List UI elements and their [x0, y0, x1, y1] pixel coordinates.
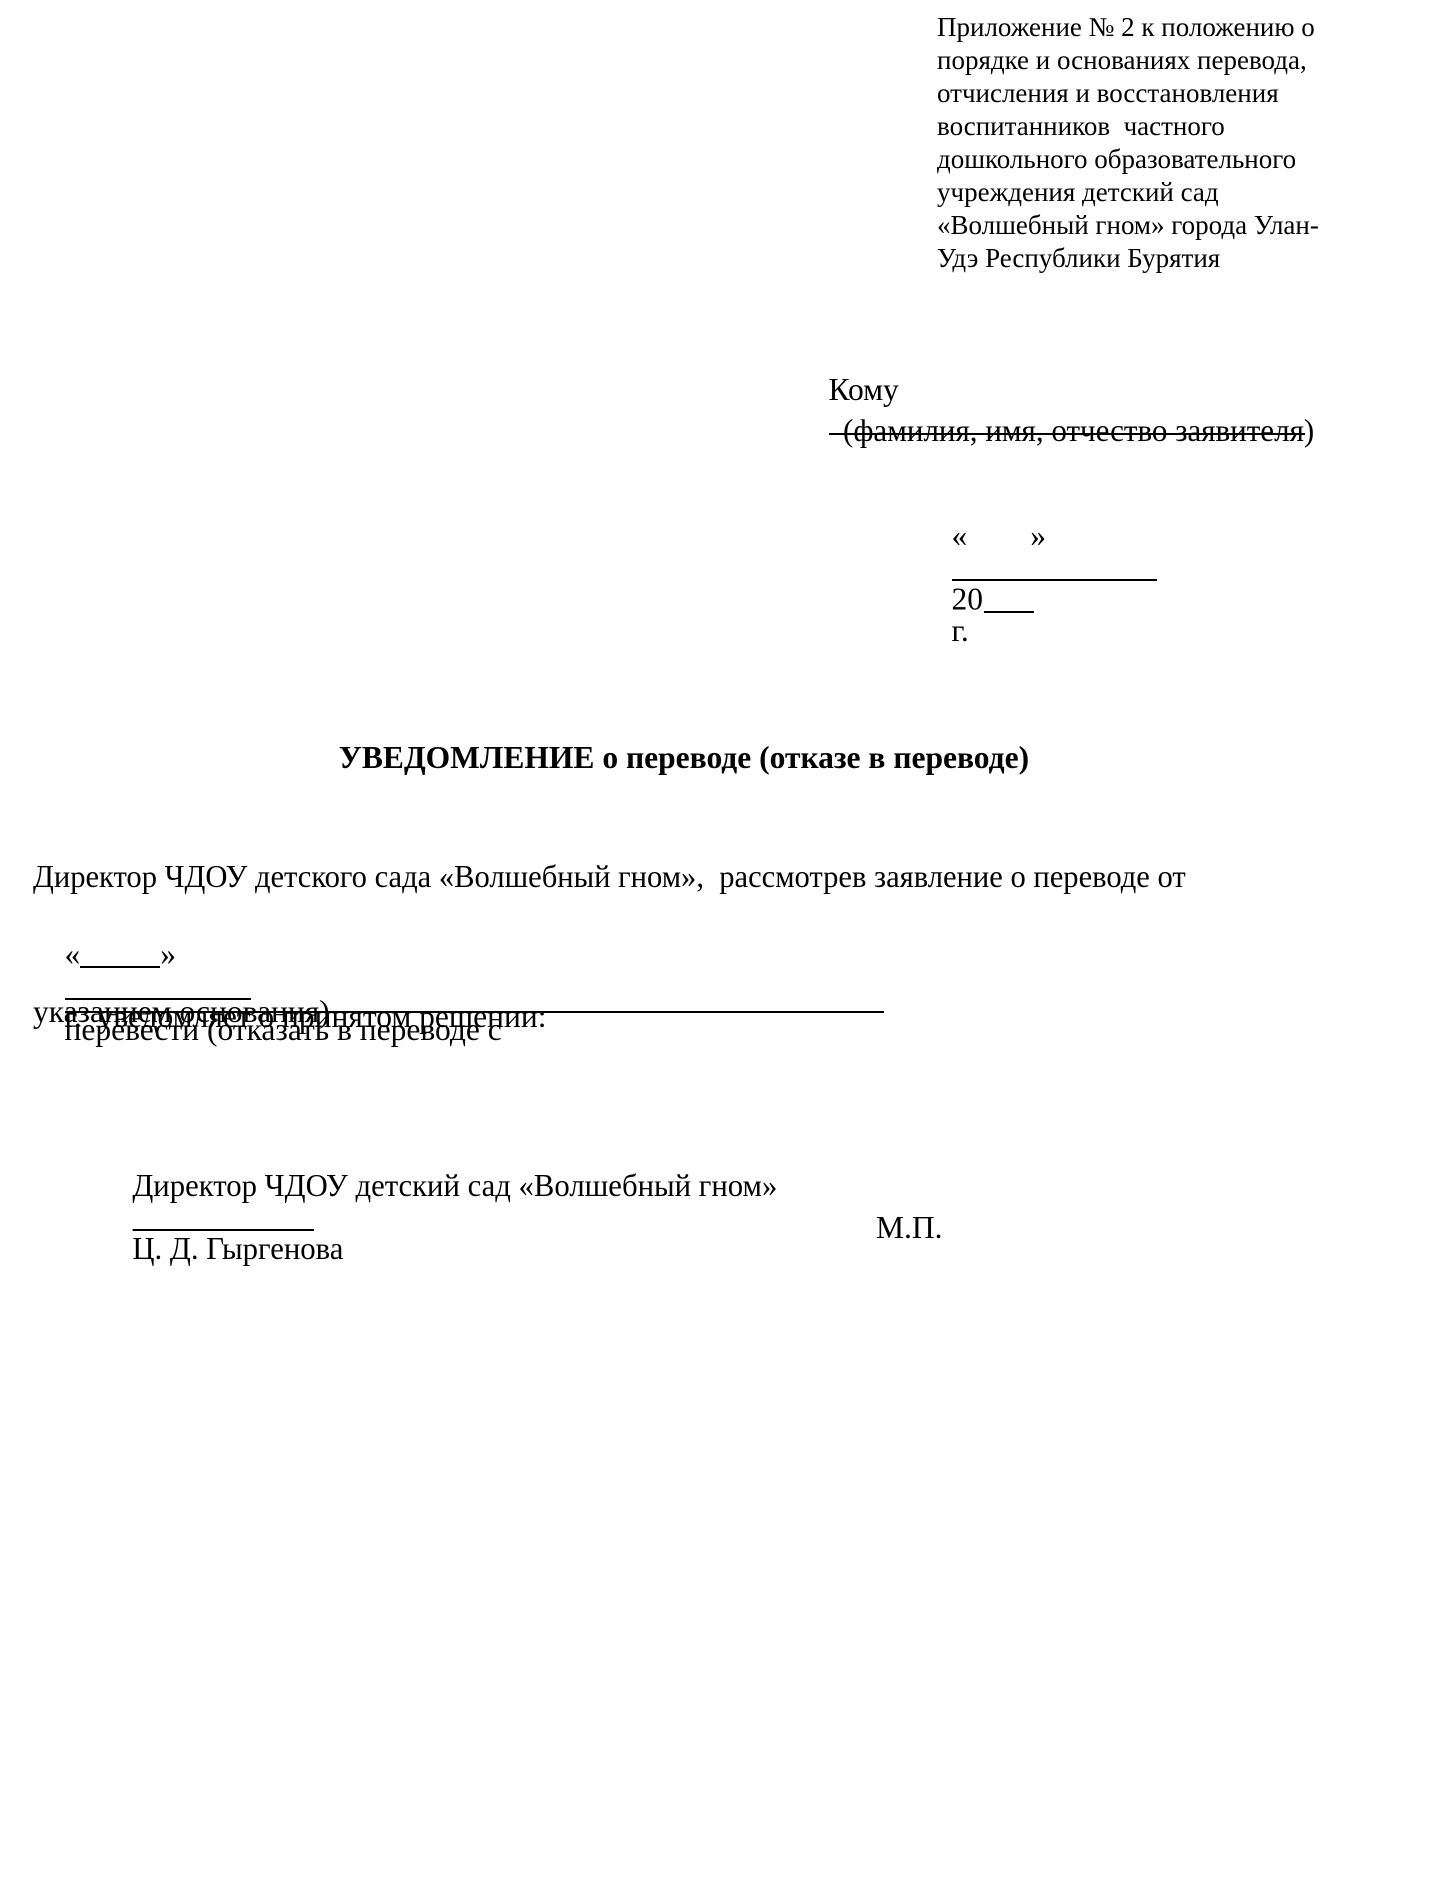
date-open-quote: «	[952, 518, 968, 553]
appendix-line: Удэ Республики Бурятия	[937, 245, 1220, 272]
body-line-4: указанием основания)	[33, 996, 330, 1028]
signature-position: Директор ЧДОУ детский сад «Волшебный гно…	[132, 1168, 777, 1203]
appendix-line: Приложение № 2 к положению о	[937, 14, 1315, 41]
date-close-quote: »	[1030, 518, 1046, 553]
signature-field[interactable]	[132, 1201, 313, 1231]
page-title: УВЕДОМЛЕНИЕ о переводе (отказе в перевод…	[323, 709, 1029, 773]
recipient-hint: (фамилия, имя, отчество заявителя)	[843, 415, 1314, 447]
recipient-label: Кому	[829, 372, 899, 407]
appendix-line: воспитанников частного	[937, 113, 1225, 140]
body-line-1: Директор ЧДОУ детского сада «Волшебный г…	[33, 861, 1186, 893]
date-year-field[interactable]	[984, 583, 1034, 613]
date-year-prefix: 20	[952, 581, 984, 616]
appendix-line: порядке и основаниях перевода,	[937, 47, 1307, 74]
date-year-suffix: г.	[952, 613, 969, 648]
appendix-line: «Волшебный гном» города Улан-	[937, 212, 1319, 239]
date-row: «» 20 г.	[920, 488, 1157, 678]
appendix-line: отчисления и восстановления	[937, 80, 1279, 107]
title-bold: УВЕДОМЛЕНИЕ	[339, 739, 595, 775]
title-rest: о переводе (отказе в переводе)	[594, 739, 1029, 775]
date-month-field[interactable]	[952, 551, 1157, 581]
appendix-line: учреждения детский сад	[937, 179, 1219, 206]
signature-name: Ц. Д. Гыргенова	[132, 1231, 343, 1266]
stamp-label: М.П.	[876, 1212, 943, 1244]
signature-row: Директор ЧДОУ детский сад «Волшебный гно…	[117, 1138, 777, 1264]
appendix-line: дошкольного образовательного	[937, 146, 1296, 173]
recipient-row: Кому	[797, 342, 1305, 468]
